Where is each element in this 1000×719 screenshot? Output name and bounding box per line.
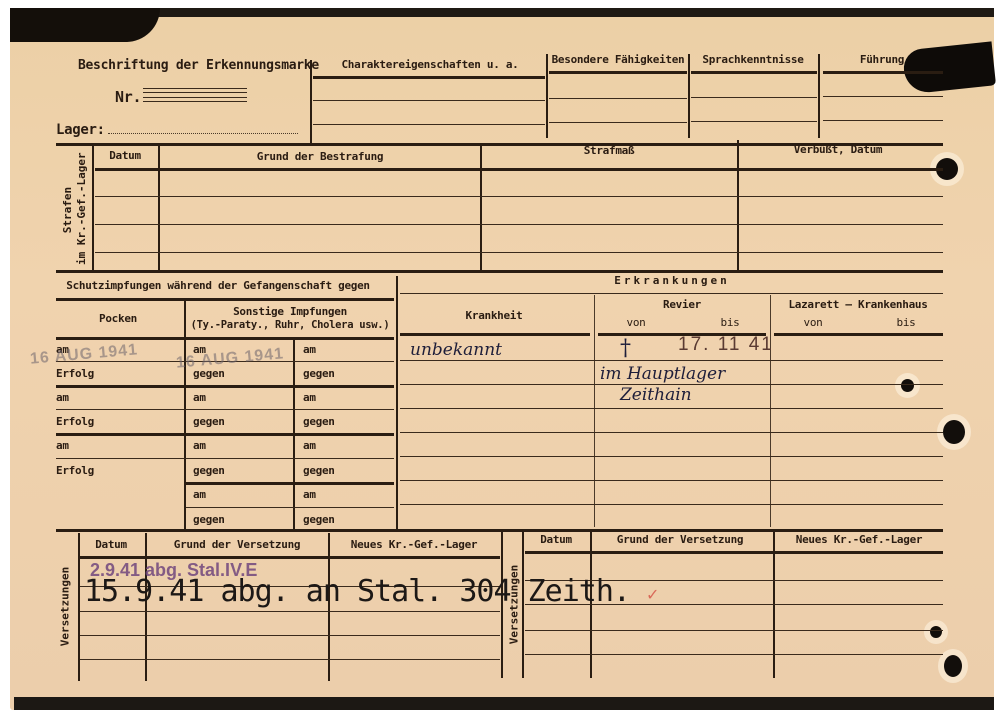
- rule: [400, 432, 943, 433]
- lazarett-label: Lazarett — Krankenhaus: [788, 298, 927, 311]
- faehigkeiten-label: Besondere Fähigkeiten: [552, 53, 685, 66]
- sonstige-label-1: Sonstige Impfungen: [233, 305, 347, 318]
- sonstige-row: am: [303, 343, 316, 356]
- rule: [691, 121, 817, 122]
- pocken-row: Erfolg: [56, 415, 94, 428]
- rule: [525, 551, 943, 554]
- versetzung-col-grund-right: Grund der Versetzung: [617, 533, 743, 546]
- divider: [310, 60, 312, 144]
- erkennungsmarke-label: Beschriftung der Erkennungsmarke: [78, 58, 319, 73]
- rule: [823, 96, 943, 97]
- versetzung-col-datum-left: Datum: [95, 538, 127, 551]
- sonstige-row: gegen: [193, 415, 225, 428]
- hole-3: [943, 420, 965, 444]
- strafen-col-grund: Grund der Bestrafung: [257, 150, 383, 163]
- krankheit-label: Krankheit: [466, 309, 523, 322]
- rule: [400, 333, 590, 336]
- rule: [691, 97, 817, 98]
- pocken-row: am: [56, 391, 69, 404]
- death-place-line-2: Zeithain: [620, 385, 692, 405]
- rule: [56, 337, 394, 340]
- burnt-tear-top-right: [902, 41, 996, 94]
- transfer-typed-entry: 15.9.41 abg. an Stal. 304 Zeith.: [84, 574, 630, 609]
- divider: [818, 54, 820, 138]
- rule: [400, 293, 943, 294]
- strafen-label: Strafen: [61, 155, 75, 265]
- strafen-side-label: Strafen im Kr.-Gef.-Lager: [61, 155, 89, 265]
- strafen-col-verbuesst: Verbüßt, Datum: [794, 143, 883, 156]
- rule: [186, 482, 394, 485]
- rule: [80, 659, 500, 660]
- revier-label: Revier: [663, 298, 701, 311]
- nr-label: Nr.: [115, 88, 141, 106]
- rule: [400, 504, 943, 505]
- sonstige-row: am: [303, 439, 316, 452]
- sonstige-row: gegen: [303, 464, 335, 477]
- rule: [95, 224, 943, 225]
- rule: [691, 71, 817, 74]
- revier-bis-label: bis: [721, 316, 740, 329]
- hole-4: [930, 626, 942, 638]
- versetzung-col-lager-left: Neues Kr.-Gef.-Lager: [351, 538, 477, 551]
- rule: [80, 611, 500, 612]
- sonstige-row: gegen: [193, 464, 225, 477]
- sonstige-row: gegen: [193, 513, 225, 526]
- sprachkenntnisse-label: Sprachkenntnisse: [702, 53, 803, 66]
- sonstige-row: gegen: [303, 513, 335, 526]
- pocken-label: Pocken: [99, 312, 137, 325]
- strafen-col-strafmass: Strafmaß: [584, 144, 635, 157]
- sonstige-row: am: [193, 391, 206, 404]
- sonstige-label-2: (Ty.-Paraty., Ruhr, Cholera usw.): [191, 319, 390, 331]
- charakter-label: Charaktereigenschaften u. a.: [341, 58, 518, 71]
- schutzimpfungen-title: Schutzimpfungen während der Gefangenscha…: [66, 279, 369, 292]
- section-rule: [56, 270, 943, 273]
- rule: [95, 252, 943, 253]
- pocken-row: Erfolg: [56, 464, 94, 477]
- im-lager-label: im Kr.-Gef.-Lager: [75, 155, 89, 265]
- rule: [80, 556, 500, 559]
- rule: [56, 458, 394, 459]
- check-mark: ✓: [646, 585, 659, 604]
- revier-von-label: von: [627, 316, 646, 329]
- divider: [546, 54, 548, 138]
- rule: [80, 635, 500, 636]
- rule: [400, 480, 943, 481]
- hole-2: [901, 379, 914, 392]
- nr-field[interactable]: [143, 88, 247, 102]
- rule: [56, 385, 394, 388]
- pocken-row: Erfolg: [56, 367, 94, 380]
- sonstige-row: am: [193, 439, 206, 452]
- rule: [95, 196, 943, 197]
- lager-label: Lager:: [56, 122, 105, 138]
- hole-5: [944, 655, 962, 677]
- versetzung-col-datum-right: Datum: [540, 533, 572, 546]
- rule: [56, 409, 394, 410]
- krankheit-entry: unbekannt: [410, 340, 502, 360]
- sonstige-row: am: [193, 488, 206, 501]
- strafen-col-datum: Datum: [109, 149, 141, 162]
- rule: [774, 333, 943, 336]
- rule: [400, 360, 943, 361]
- versetzungen-side-label-left: Versetzungen: [59, 562, 72, 652]
- rule: [313, 76, 545, 79]
- lazarett-von-label: von: [804, 316, 823, 329]
- burnt-edge-bottom: [14, 697, 994, 710]
- rule: [56, 433, 394, 436]
- death-date: 17. 11 41: [678, 334, 774, 356]
- section-rule: [56, 529, 943, 532]
- sonstige-row: am: [303, 391, 316, 404]
- death-mark: †: [620, 336, 631, 361]
- rule: [400, 408, 943, 409]
- divider: [688, 54, 690, 138]
- divider: [184, 300, 186, 530]
- pocken-row: am: [56, 439, 69, 452]
- death-place-line-1: im Hauptlager: [600, 364, 725, 384]
- rule: [549, 71, 687, 74]
- erkrankungen-title: Erkrankungen: [614, 274, 729, 287]
- rule: [525, 654, 943, 655]
- divider: [158, 146, 160, 272]
- burnt-corner-top-left: [10, 8, 160, 42]
- rule: [186, 507, 394, 508]
- divider: [396, 276, 398, 530]
- versetzung-col-lager-right: Neues Kr.-Gef.-Lager: [796, 533, 922, 546]
- rule: [525, 630, 943, 631]
- sonstige-row: am: [303, 488, 316, 501]
- rule: [95, 168, 943, 171]
- sonstige-row: gegen: [303, 415, 335, 428]
- fuehrung-label: Führung: [860, 53, 904, 66]
- rule: [549, 122, 687, 123]
- sonstige-row: gegen: [303, 367, 335, 380]
- divider: [594, 295, 595, 527]
- rule: [823, 120, 943, 121]
- rule: [400, 456, 943, 457]
- lazarett-bis-label: bis: [897, 316, 916, 329]
- rule: [549, 98, 687, 99]
- rule: [823, 71, 943, 74]
- rule: [56, 298, 394, 301]
- rule: [313, 100, 545, 101]
- versetzung-col-grund-left: Grund der Versetzung: [174, 538, 300, 551]
- lager-field[interactable]: [108, 133, 298, 134]
- divider: [770, 295, 771, 527]
- rule: [313, 124, 545, 125]
- divider: [92, 146, 94, 272]
